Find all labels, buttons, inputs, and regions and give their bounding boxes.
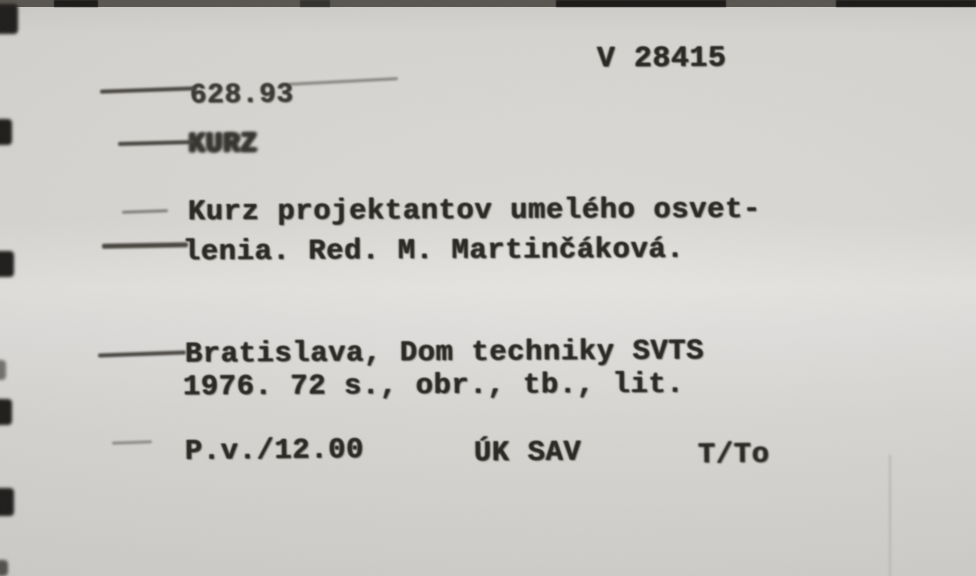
imprint-line-2: 1976. 72 s., obr., tb., lit. <box>183 368 684 404</box>
call-number: V 28415 <box>597 42 727 77</box>
library-sigla: ÚK SAV <box>474 436 582 470</box>
scan-edge-blob <box>0 560 8 576</box>
scan-edge-blob <box>0 488 14 516</box>
price-note: P.v./12.00 <box>185 433 364 468</box>
scan-edge-blob <box>0 119 12 145</box>
pencil-dash <box>288 77 398 86</box>
scan-edge-blob <box>0 251 14 277</box>
catalog-card: V 28415 628.93 KURZ Kurz projektantov um… <box>0 0 976 576</box>
scan-edge-blob <box>0 360 6 380</box>
classification-number: 628.93 <box>190 80 294 112</box>
pencil-dash <box>100 86 196 93</box>
scan-edge-segment <box>556 0 726 7</box>
title-line-2: lenia. Red. M. Martinčáková. <box>183 233 684 269</box>
scan-edge-blob <box>0 4 18 34</box>
paper-grain-texture <box>0 0 976 576</box>
scan-edge-top <box>0 0 976 7</box>
title-line-1: Kurz projektantov umelého osvet- <box>188 193 761 228</box>
pencil-dash <box>102 242 188 249</box>
heading-entry: KURZ <box>188 129 257 160</box>
pencil-dash <box>112 440 152 444</box>
cataloguer-mark: T/To <box>698 438 770 472</box>
scan-edge-blob <box>0 399 12 425</box>
scan-edge-segment <box>300 0 330 7</box>
scan-edge-segment <box>836 0 976 7</box>
pencil-dash <box>122 209 168 214</box>
paper-crease <box>889 455 891 576</box>
pencil-dash <box>118 140 194 146</box>
imprint-line-1: Bratislava, Dom techniky SVTS <box>185 334 704 370</box>
scan-edge-segment <box>54 0 98 7</box>
pencil-dash <box>98 350 186 357</box>
